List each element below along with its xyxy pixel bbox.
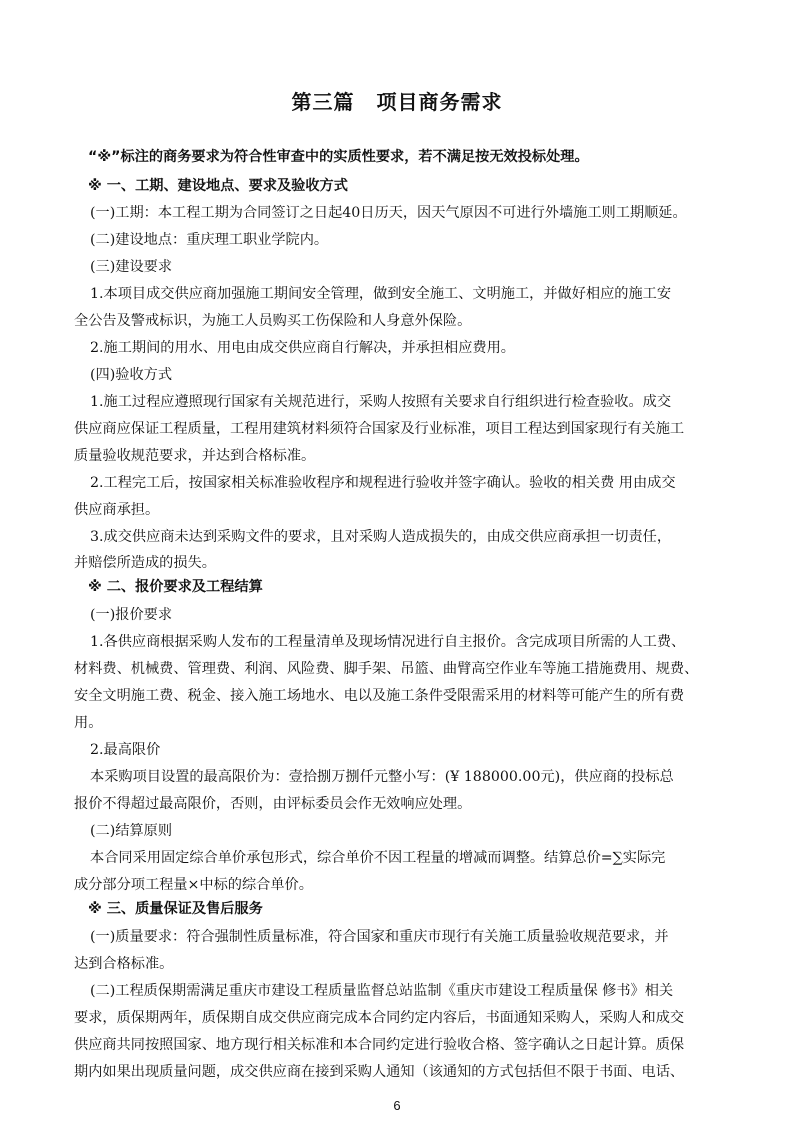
- subheading-line: (二)结算原则: [90, 821, 172, 841]
- title-part-1: 第三篇: [292, 90, 355, 114]
- paragraph-line: (二)建设地点：重庆理工职业学院内。: [90, 230, 328, 250]
- page-title: 第三篇项目商务需求: [0, 86, 794, 115]
- paragraph-line: 质量验收规范要求，并达到合格标准。: [74, 446, 315, 466]
- paragraph-line: (一)工期：本工程工期为合同签订之日起40日历天，因天气原因不可进行外墙施工则工…: [90, 203, 687, 223]
- paragraph-line: 报价不得超过最高限价，否则，由评标委员会作无效响应处理。: [74, 794, 471, 814]
- paragraph-line: 要求，质保期两年，质保期自成交供应商完成本合同约定内容后，书面通知采购人，采购人…: [74, 1008, 684, 1028]
- paragraph-line: 1.施工过程应遵照现行国家有关规范进行，采购人按照有关要求自行组织进行检查验收。…: [90, 392, 671, 412]
- paragraph-line: 本采购项目设置的最高限价为：壹拾捌万捌仟元整小写：(¥ 188000.00元)，…: [90, 767, 674, 787]
- paragraph-line: 本合同采用固定综合单价承包形式，综合单价不因工程量的增减而调整。结算总价=∑实际…: [90, 848, 665, 868]
- subheading-line: (一)报价要求: [90, 605, 172, 625]
- paragraph-line: 2.工程完工后，按国家相关标准验收程序和规程进行验收并签字确认。验收的相关费 用…: [90, 473, 676, 493]
- paragraph-line: (一)质量要求：符合强制性质量标准，符合国家和重庆市现行有关施工质量验收规范要求…: [90, 927, 669, 947]
- section-heading-3: ※ 三、质量保证及售后服务: [88, 899, 263, 919]
- subheading-line: (三)建设要求: [90, 257, 172, 277]
- paragraph-line: 1.各供应商根据采购人发布的工程量清单及现场情况进行自主报价。含完成项目所需的人…: [90, 632, 685, 652]
- subheading-line: (四)验收方式: [90, 365, 172, 385]
- paragraph-line: 材料费、机械费、管理费、利润、风险费、脚手架、吊篮、曲臂高空作业车等施工措施费用…: [74, 659, 698, 679]
- paragraph-line: 达到合格标准。: [74, 954, 173, 974]
- paragraph-line: 1.本项目成交供应商加强施工期间安全管理，做到安全施工、文明施工，并做好相应的施…: [90, 284, 671, 304]
- paragraph-line: 成分部分项工程量×中标的综合单价。: [74, 875, 313, 895]
- paragraph-line: 2.施工期间的用水、用电由成交供应商自行解决，并承担相应费用。: [90, 338, 515, 358]
- paragraph-line: 用。: [74, 713, 102, 733]
- paragraph-line: 并赔偿所造成的损失。: [74, 553, 216, 573]
- subheading-line: 2.最高限价: [90, 740, 160, 760]
- page-number: 6: [0, 1098, 794, 1113]
- paragraph-line: (二)工程质保期需满足重庆市建设工程质量监督总站监制《重庆市建设工程质量保 修书…: [90, 981, 673, 1001]
- paragraph-line: 全公告及警戒标识，为施工人员购买工伤保险和人身意外保险。: [74, 311, 471, 331]
- paragraph-line: 期内如果出现质量问题，成交供应商在接到采购人通知（该通知的方式包括但不限于书面、…: [74, 1062, 684, 1082]
- paragraph-line: 供应商应保证工程质量，工程用建筑材料须符合国家及行业标准，项目工程达到国家现行有…: [74, 419, 684, 439]
- paragraph-line: 3.成交供应商未达到采购文件的要求，且对采购人造成损失的，由成交供应商承担一切责…: [90, 527, 671, 547]
- title-part-2: 项目商务需求: [377, 90, 503, 114]
- paragraph-line: 安全文明施工费、税金、接入施工场地水、电以及施工条件受限需采用的材料等可能产生的…: [74, 686, 684, 706]
- document-page: 第三篇项目商务需求 “※”标注的商务要求为符合性审查中的实质性要求，若不满足按无…: [0, 0, 794, 1122]
- paragraph-line: 供应商共同按照国家、地方现行相关标准和本合同约定进行验收合格、签字确认之日起计算…: [74, 1035, 684, 1055]
- section-heading-1: ※ 一、工期、建设地点、要求及验收方式: [88, 176, 348, 196]
- section-heading-2: ※ 二、报价要求及工程结算: [88, 577, 263, 597]
- notice-line: “※”标注的商务要求为符合性审查中的实质性要求，若不满足按无效投标处理。: [88, 147, 589, 167]
- paragraph-line: 供应商承担。: [74, 500, 159, 520]
